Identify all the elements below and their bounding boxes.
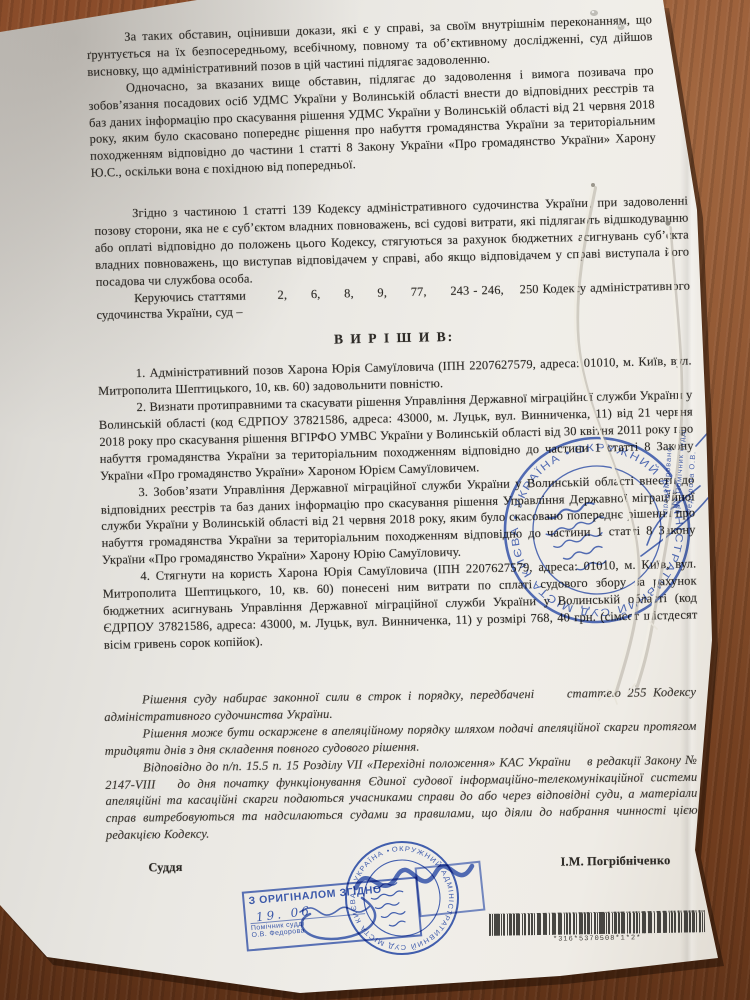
barcode: *316*5370508*1*2* — [489, 910, 706, 945]
verdict-heading: В И Р І Ш И В: — [97, 324, 691, 354]
paragraph: Одночасно, за вказаних вище обставин, пі… — [88, 62, 657, 182]
pencil-page-number: 39 — [690, 0, 716, 22]
closing-paragraph: Відповідно до п/п. 15.5 п. 15 Розділу VI… — [105, 751, 698, 844]
paragraph: Згідно з частиною 1 статті 139 Кодексу а… — [94, 193, 690, 291]
judge-label: Суддя — [148, 859, 182, 876]
photo-of-court-decision: За таких обставин, оцінивши докази, які … — [0, 0, 750, 1000]
body-section-top: За таких обставин, оцінивши докази, які … — [86, 11, 657, 182]
document-page: За таких обставин, оцінивши докази, які … — [0, 0, 750, 1000]
barcode-bars — [489, 910, 705, 936]
stamp-frame-fragment — [415, 861, 486, 918]
judge-name: І.М. Погрібніченко — [560, 852, 670, 870]
